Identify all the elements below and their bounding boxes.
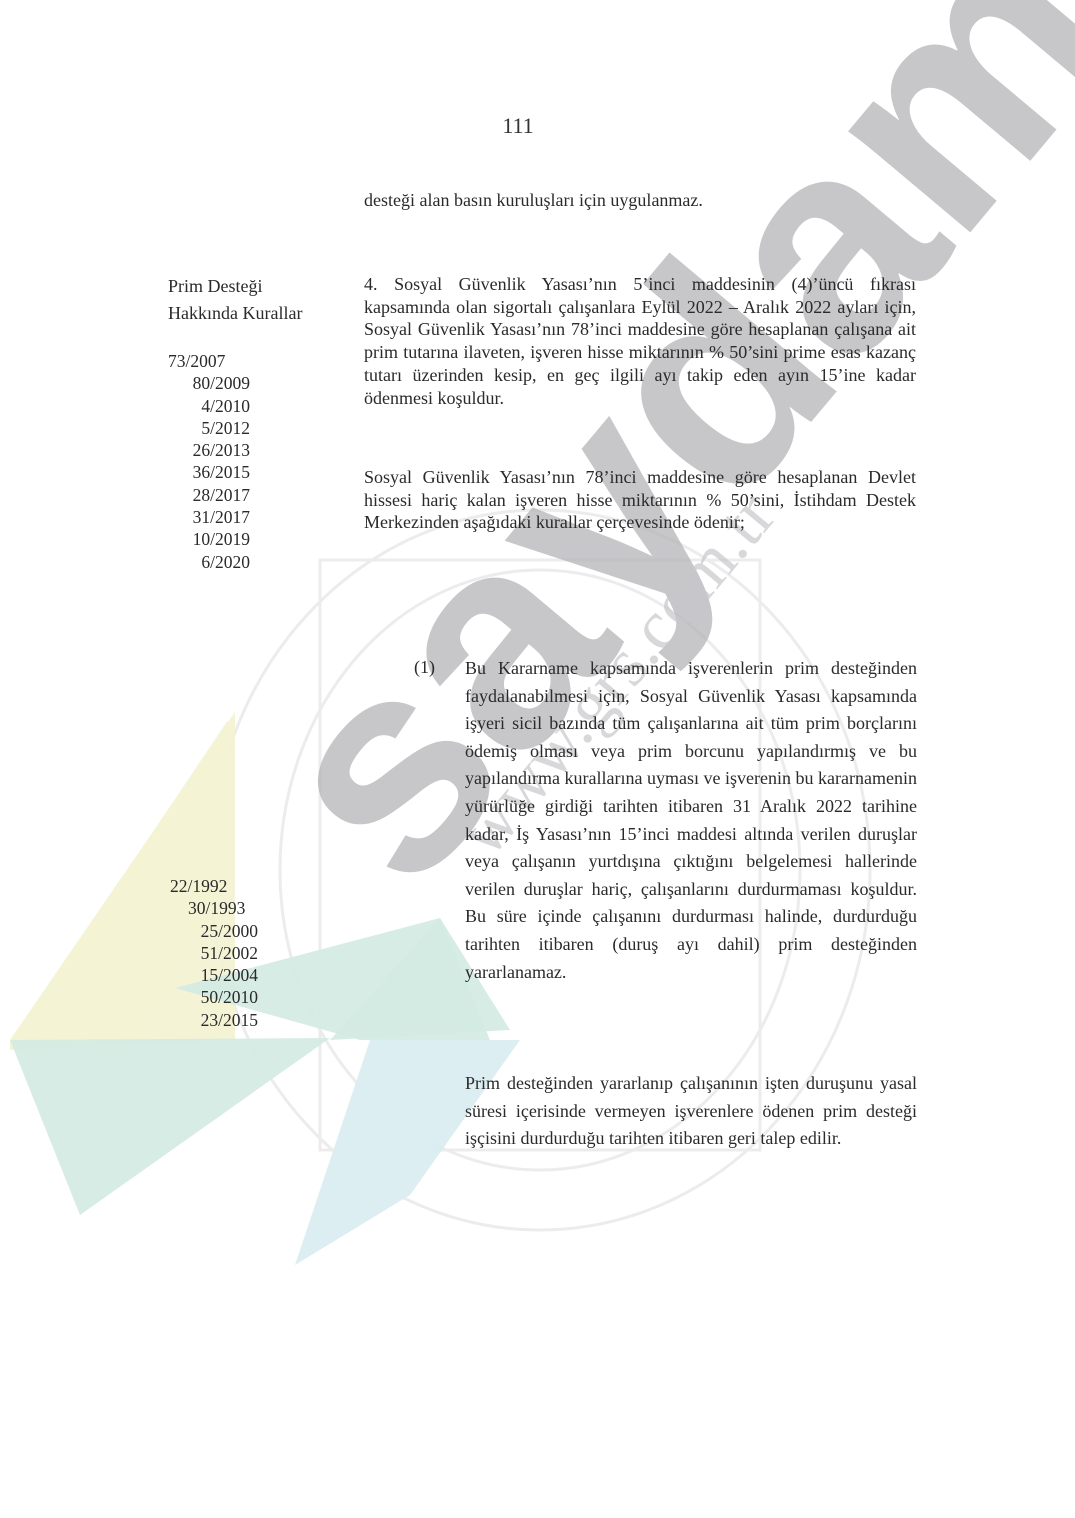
law-reference: 51/2002 xyxy=(170,942,258,964)
closing-paragraph: Prim desteğinden yararlanıp çalışanının … xyxy=(465,1070,917,1153)
law-reference: 23/2015 xyxy=(170,1009,258,1031)
item-1-text: Bu Kararname kapsamında işverenlerin pri… xyxy=(465,655,917,986)
law-reference: 36/2015 xyxy=(168,461,250,483)
law-reference: 10/2019 xyxy=(168,528,250,550)
margin-title-line-2: Hakkında Kurallar xyxy=(168,300,302,327)
law-reference: 5/2012 xyxy=(168,417,250,439)
law-reference: 6/2020 xyxy=(168,551,250,573)
law-references-group-1: 73/2007 80/2009 4/2010 5/2012 26/2013 36… xyxy=(168,350,250,573)
law-reference: 31/2017 xyxy=(168,506,250,528)
section-4-paragraph: 4. Sosyal Güvenlik Yasası’nın 5’inci mad… xyxy=(364,273,916,409)
law-reference: 50/2010 xyxy=(170,986,258,1008)
law-references-group-2: 22/1992 30/1993 25/2000 51/2002 15/2004 … xyxy=(170,875,258,1031)
margin-title: Prim Desteği Hakkında Kurallar xyxy=(168,273,302,327)
law-reference: 26/2013 xyxy=(168,439,250,461)
law-reference: 80/2009 xyxy=(168,372,250,394)
law-reference: 28/2017 xyxy=(168,484,250,506)
continuation-line: desteği alan basın kuruluşları için uygu… xyxy=(364,190,703,211)
section-4-continuation: Sosyal Güvenlik Yasası’nın 78’inci madde… xyxy=(364,466,916,534)
page-number: 111 xyxy=(0,113,1036,139)
law-reference: 15/2004 xyxy=(170,964,258,986)
watermark-teal-shape-1 xyxy=(10,1038,330,1215)
law-reference: 4/2010 xyxy=(168,395,250,417)
law-reference: 25/2000 xyxy=(170,920,258,942)
law-reference: 22/1992 xyxy=(170,875,258,897)
margin-title-line-1: Prim Desteği xyxy=(168,273,302,300)
law-reference: 30/1993 xyxy=(170,897,258,919)
item-1-number: (1) xyxy=(414,657,435,678)
law-reference: 73/2007 xyxy=(168,350,250,372)
